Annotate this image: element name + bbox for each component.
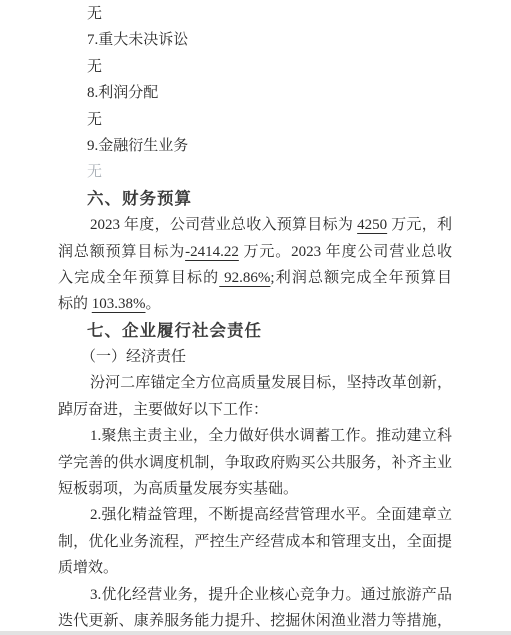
item-profit-distribution: 8.利润分配 <box>58 80 452 106</box>
task2-para-line-2: 制，优化业务流程，严控生产经营成本和管理支出，全面提 <box>58 529 452 555</box>
task3-para-line-1: 3.优化经营业务，提升企业核心竞争力。通过旅游产品 <box>58 582 452 608</box>
underlined-value-profit-pct: 103.38% <box>92 296 146 312</box>
budget-para-line-4: 标的 103.38%。 <box>58 291 452 317</box>
underlined-value-profit-target: -2414.22 <box>185 244 239 260</box>
heading-financial-budget: 六、财务预算 <box>58 186 452 212</box>
text-run: 2023 年度，公司营业总收入预算目标为 <box>90 217 357 233</box>
text-run: 万元。2023 年度公司营业总收 <box>239 244 452 260</box>
intro-para-line-1: 汾河二库锚定全方位高质量发展目标，坚持改革创新， <box>58 370 452 396</box>
text-run: 。 <box>146 296 161 312</box>
answer-none-profit: 无 <box>58 107 452 133</box>
text-run: 入完成全年预算目标的 <box>58 270 219 286</box>
text-run: 万元，利 <box>387 217 452 233</box>
text-run: 标的 <box>58 296 92 312</box>
task2-para-line-1: 2.强化精益管理，不断提高经营管理水平。全面建章立 <box>58 502 452 528</box>
item-financial-derivatives: 9.金融衍生业务 <box>58 133 452 159</box>
item-major-pending-litigation: 7.重大未决诉讼 <box>58 27 452 53</box>
budget-para-line-2: 润总额预算目标为-2414.22 万元。2023 年度公司营业总收 <box>58 239 452 265</box>
page-bottom-edge <box>0 631 511 635</box>
text-run: 润总额预算目标为 <box>58 244 185 260</box>
answer-none-derivatives-muted: 无 <box>58 159 452 185</box>
heading-social-responsibility: 七、企业履行社会责任 <box>58 318 452 344</box>
document-page: 无 7.重大未决诉讼 无 8.利润分配 无 9.金融衍生业务 无 六、财务预算 … <box>58 1 452 634</box>
task1-para-line-1: 1.聚焦主责主业，全力做好供水调蓄工作。推动建立科 <box>58 423 452 449</box>
task2-para-line-3: 质增效。 <box>58 555 452 581</box>
task1-para-line-2: 学完善的供水调度机制，争取政府购买公共服务，补齐主业 <box>58 450 452 476</box>
underlined-value-revenue-pct: 92.86% <box>219 270 270 286</box>
intro-para-line-2: 踔厉奋进，主要做好以下工作： <box>58 397 452 423</box>
task1-para-line-3: 短板弱项，为高质量发展夯实基础。 <box>58 476 452 502</box>
text-run: ;利润总额完成全年预算目 <box>270 270 452 286</box>
budget-para-line-3: 入完成全年预算目标的 92.86%;利润总额完成全年预算目 <box>58 265 452 291</box>
answer-none-litigation: 无 <box>58 54 452 80</box>
budget-para-line-1: 2023 年度，公司营业总收入预算目标为 4250 万元，利 <box>58 212 452 238</box>
subheading-economic-responsibility: （一）经济责任 <box>58 344 452 370</box>
answer-none-derivative-prev: 无 <box>58 1 452 27</box>
underlined-value-revenue-target: 4250 <box>357 217 387 233</box>
